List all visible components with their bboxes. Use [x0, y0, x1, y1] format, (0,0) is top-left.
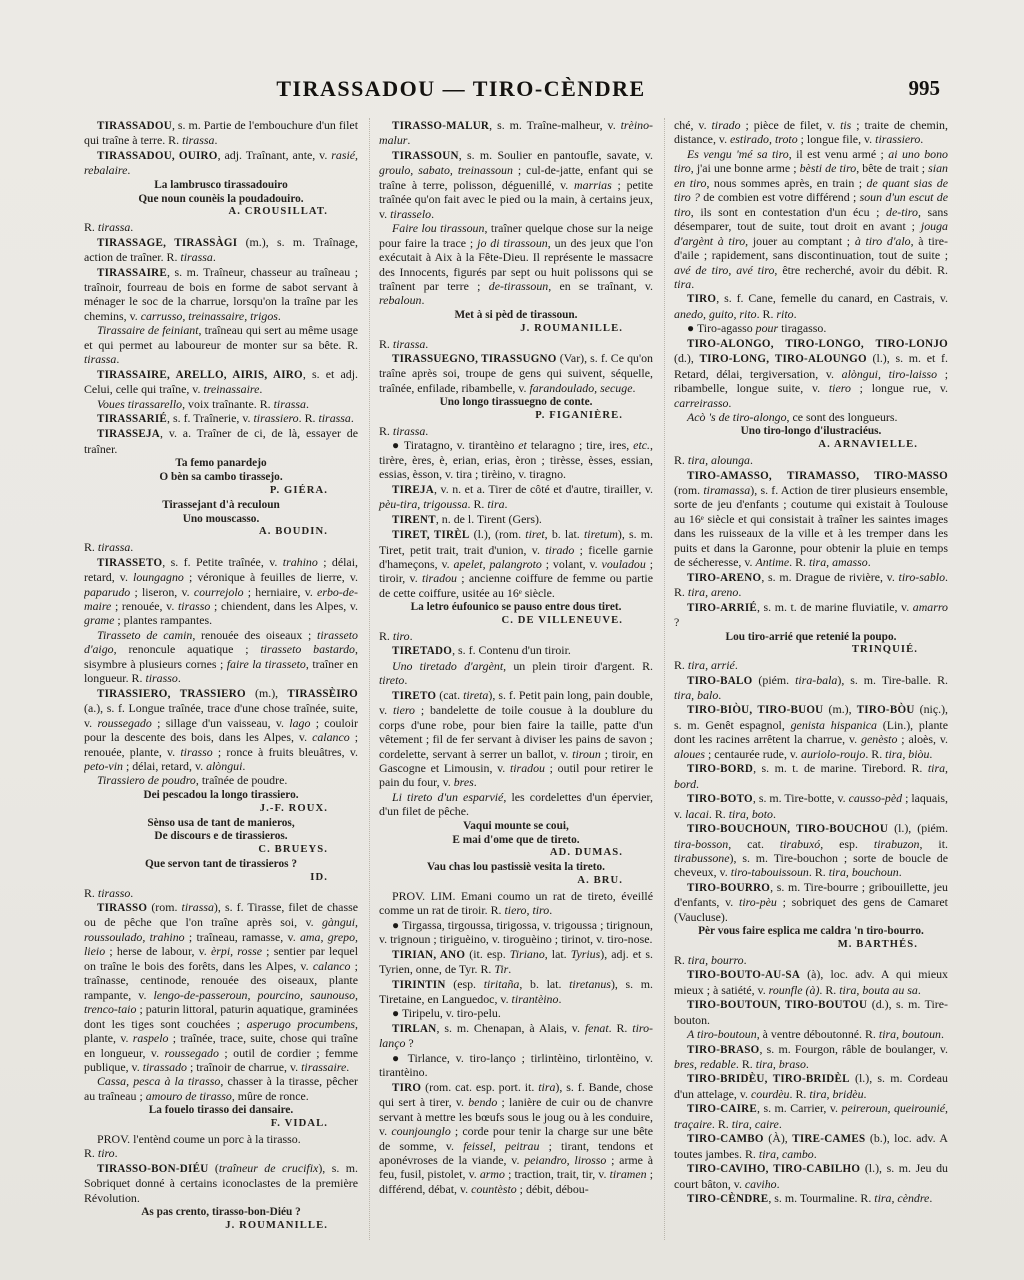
paragraph: R. tira, bourro. — [674, 953, 948, 967]
verse-quote: La fouelo tirasso dei dansaire. — [84, 1104, 358, 1118]
dictionary-entry: TIRO-CAMBO (À), TIRE-CAMES (b.), loc. ad… — [674, 1131, 948, 1161]
quote-attribution: C. BRUEYS. — [84, 844, 358, 857]
dictionary-entry: TIRO-BOURRO, s. m. Tire-bourre ; griboui… — [674, 880, 948, 924]
quote-attribution: A. BOUDIN. — [84, 526, 358, 539]
paragraph: Voues tirassarello, voix traînante. R. t… — [84, 397, 358, 411]
page-number: 995 — [909, 76, 941, 101]
quote-attribution: A. ARNAVIELLE. — [674, 439, 948, 452]
paragraph: ● Tiratagno, v. tirantèino et telaragno … — [379, 438, 653, 481]
dictionary-entry: TIRASSETO, s. f. Petite traînée, v. trah… — [84, 555, 358, 628]
dictionary-entry: TIRASSO (rom. tirassa), s. f. Tirasse, f… — [84, 900, 358, 1074]
dictionary-entry: TIRASSOUN, s. m. Soulier en pantoufle, s… — [379, 148, 653, 221]
quote-attribution: P. GIÉRA. — [84, 485, 358, 498]
dictionary-entry: TIRETO (cat. tireta), s. f. Petit pain l… — [379, 688, 653, 790]
dictionary-entry: TIRO-ARENO, s. m. Drague de rivière, v. … — [674, 570, 948, 600]
dictionary-entry: TIRO-ALONGO, TIRO-LONGO, TIRO-LONJO (d.)… — [674, 336, 948, 410]
verse-quote: Uno longo tirassuegno de conte. — [379, 396, 653, 410]
verse-quote: Dei pescadou la longo tirassiero. — [84, 789, 358, 803]
verse-quote: Sènso usa de tant de manieros,De discour… — [84, 817, 358, 845]
paragraph: PROV. l'entènd coume un porc à la tirass… — [84, 1132, 358, 1146]
paragraph: Uno tiretado d'argènt, un plein tiroir d… — [379, 659, 653, 688]
paragraph: R. tirassa. — [379, 424, 653, 438]
paragraph: Tirasseto de camin, renouée des oiseaux … — [84, 628, 358, 686]
text-column-2: TIRASSO-MALUR, s. m. Traîne-malheur, v. … — [369, 118, 653, 1240]
quote-attribution: J.-F. ROUX. — [84, 803, 358, 816]
dictionary-entry: TIRIAN, ANO (it. esp. Tiriano, lat. Tyri… — [379, 947, 653, 977]
dictionary-entry: TIRO-CAIRE, s. m. Carrier, v. peireroun,… — [674, 1101, 948, 1131]
dictionary-entry: TIRASSADOU, s. m. Partie de l'embouchure… — [84, 118, 358, 148]
verse-quote: Ta femo panardejoO bèn sa cambo tirassej… — [84, 457, 358, 485]
paragraph: A tiro-boutoun, à ventre déboutonné. R. … — [674, 1027, 948, 1041]
dictionary-entry: TIRO-CAVIHO, TIRO-CABILHO (l.), s. m. Je… — [674, 1161, 948, 1191]
dictionary-entry: TIRASSIERO, TRASSIERO (m.), TIRASSÈIRO (… — [84, 686, 358, 774]
dictionary-entry: TIRET, TIRÈL (l.), (rom. tiret, b. lat. … — [379, 527, 653, 600]
dictionary-entry: TIREJA, v. n. et a. Tirer de côté et d'a… — [379, 482, 653, 512]
dictionary-entry: TIRO (rom. cat. esp. port. it. tira), s.… — [379, 1080, 653, 1197]
dictionary-entry: TIRO-BOUCHOUN, TIRO-BOUCHOU (l.), (piém.… — [674, 821, 948, 880]
page-header: TIRASSADOU — TIRO-CÈNDRE 995 — [84, 76, 948, 106]
text-column-1: TIRASSADOU, s. m. Partie de l'embouchure… — [84, 118, 358, 1240]
paragraph: ● Tiripelu, v. tiro-pelu. — [379, 1006, 653, 1020]
paragraph: ché, v. tirado ; pièce de filet, v. tis … — [674, 118, 948, 147]
verse-quote: Que servon tant de tirassieros ? — [84, 858, 358, 872]
verse-quote: Uno tiro-longo d'ilustraciéus. — [674, 425, 948, 439]
text-column-3: ché, v. tirado ; pièce de filet, v. tis … — [664, 118, 948, 1240]
dictionary-entry: TIRO-BRASO, s. m. Fourgon, râble de boul… — [674, 1042, 948, 1072]
quote-attribution: P. FIGANIÈRE. — [379, 410, 653, 423]
dictionary-entry: TIRASSAIRE, ARELLO, AIRIS, AIRO, s. et a… — [84, 367, 358, 397]
paragraph: R. tirasso. — [84, 886, 358, 900]
quote-attribution: F. VIDAL. — [84, 1118, 358, 1131]
dictionary-entry: TIRASSARIÉ, s. f. Traînerie, v. tirassie… — [84, 411, 358, 426]
paragraph: R. tira, alounga. — [674, 453, 948, 467]
paragraph: R. tiro. — [84, 1146, 358, 1160]
verse-quote: Lou tiro-arrié que retenié la poupo. — [674, 631, 948, 645]
quote-attribution: A. CROUSILLAT. — [84, 206, 358, 219]
paragraph: PROV. LIM. Emani coumo un rat de tireto,… — [379, 889, 653, 918]
dictionary-entry: TIRO-BALO (piém. tira-bala), s. m. Tire-… — [674, 673, 948, 703]
dictionary-entry: TIRO-AMASSO, TIRAMASSO, TIRO-MASSO (rom.… — [674, 468, 948, 570]
quote-attribution: ID. — [84, 872, 358, 885]
dictionary-entry: TIRO-BRIDÈU, TIRO-BRIDÈL (l.), s. m. Cor… — [674, 1071, 948, 1101]
scanned-dictionary-page: TIRASSADOU — TIRO-CÈNDRE 995 TIRASSADOU,… — [0, 0, 1024, 1280]
paragraph: Tirassiero de poudro, traînée de poudre. — [84, 773, 358, 787]
dictionary-entry: TIRO-BIÒU, TIRO-BUOU (m.), TIRO-BÒU (niç… — [674, 702, 948, 761]
dictionary-entry: TIRASSAGE, TIRASSÀGI (m.), s. m. Traînag… — [84, 235, 358, 265]
dictionary-entry: TIRASSO-MALUR, s. m. Traîne-malheur, v. … — [379, 118, 653, 148]
running-head-title: TIRASSADOU — TIRO-CÈNDRE — [84, 76, 838, 102]
dictionary-entry: TIRINTIN (esp. tiritaña, b. lat. tiretan… — [379, 977, 653, 1007]
verse-quote: Tirassejant d'à reculounUno mouscasso. — [84, 499, 358, 527]
quote-attribution: TRINQUIÉ. — [674, 644, 948, 657]
verse-quote: Pèr vous faire esplica me caldra 'n tiro… — [674, 925, 948, 939]
paragraph: R. tiro. — [379, 629, 653, 643]
verse-quote: Met à si pèd de tirassoun. — [379, 309, 653, 323]
dictionary-entry: TIRO-CÈNDRE, s. m. Tourmaline. R. tira, … — [674, 1191, 948, 1206]
paragraph: Faire lou tirassoun, traîner quelque cho… — [379, 221, 653, 308]
verse-quote: La lambrusco tirassadouiroQue noun counè… — [84, 179, 358, 207]
dictionary-entry: TIRASSEJA, v. a. Traîner de ci, de là, e… — [84, 426, 358, 456]
quote-attribution: C. DE VILLENEUVE. — [379, 615, 653, 628]
dictionary-entry: TIRENT, n. de l. Tirent (Gers). — [379, 512, 653, 527]
quote-attribution: J. ROUMANILLE. — [84, 1220, 358, 1233]
quote-attribution: A. BRU. — [379, 875, 653, 888]
dictionary-entry: TIRO-BORD, s. m. t. de marine. Tirebord.… — [674, 761, 948, 791]
paragraph: Es vengu 'mé sa tiro, il est venu armé ;… — [674, 147, 948, 292]
text-columns: TIRASSADOU, s. m. Partie de l'embouchure… — [84, 118, 948, 1240]
dictionary-entry: TIRO-BOTO, s. m. Tire-botte, v. causso-p… — [674, 791, 948, 821]
verse-quote: Vau chas lou pastissiè vesita la tireto. — [379, 861, 653, 875]
dictionary-entry: TIRO, s. f. Cane, femelle du canard, en … — [674, 291, 948, 321]
dictionary-entry: TIRASSUEGNO, TIRASSUGNO (Var), s. f. Ce … — [379, 351, 653, 395]
dictionary-entry: TIRO-BOUTOUN, TIRO-BOUTOU (d.), s. m. Ti… — [674, 997, 948, 1027]
paragraph: R. tirassa. — [84, 540, 358, 554]
dictionary-entry: TIRASSADOU, OUIRO, adj. Traînant, ante, … — [84, 148, 358, 178]
quote-attribution: M. BARTHÉS. — [674, 939, 948, 952]
paragraph: Acò 's de tiro-alongo, ce sont des longu… — [674, 410, 948, 424]
paragraph: ● Tiro-agasso pour tiragasso. — [674, 321, 948, 335]
dictionary-entry: TIRETADO, s. f. Contenu d'un tiroir. — [379, 643, 653, 658]
verse-quote: Vaqui mounte se coui,E mai d'ome que de … — [379, 820, 653, 848]
verse-quote: La letro éufounico se pauso entre dous t… — [379, 601, 653, 615]
dictionary-entry: TIRLAN, s. m. Chenapan, à Alais, v. fena… — [379, 1021, 653, 1051]
paragraph: R. tira, arrié. — [674, 658, 948, 672]
paragraph: Tirassaire de feiniant, traîneau qui ser… — [84, 323, 358, 366]
dictionary-entry: TIRO-BOUTO-AU-SA (à), loc. adv. A qui mi… — [674, 967, 948, 997]
paragraph: ● Tirgassa, tirgoussa, tirigossa, v. tri… — [379, 918, 653, 947]
quote-attribution: AD. DUMAS. — [379, 847, 653, 860]
paragraph: Li tireto d'un esparvié, les cordelettes… — [379, 790, 653, 819]
paragraph: ● Tirlance, v. tiro-lanço ; tirlintèino,… — [379, 1051, 653, 1080]
paragraph: Cassa, pesca à la tirasso, chasser à la … — [84, 1074, 358, 1103]
dictionary-entry: TIRASSAIRE, s. m. Traîneur, chasseur au … — [84, 265, 358, 324]
paragraph: R. tirassa. — [84, 220, 358, 234]
paragraph: R. tirassa. — [379, 337, 653, 351]
quote-attribution: J. ROUMANILLE. — [379, 323, 653, 336]
dictionary-entry: TIRO-ARRIÉ, s. m. t. de marine fluviatil… — [674, 600, 948, 630]
dictionary-entry: TIRASSO-BON-DIÉU (traîneur de crucifix),… — [84, 1161, 358, 1205]
verse-quote: As pas crento, tirasso-bon-Diéu ? — [84, 1206, 358, 1220]
